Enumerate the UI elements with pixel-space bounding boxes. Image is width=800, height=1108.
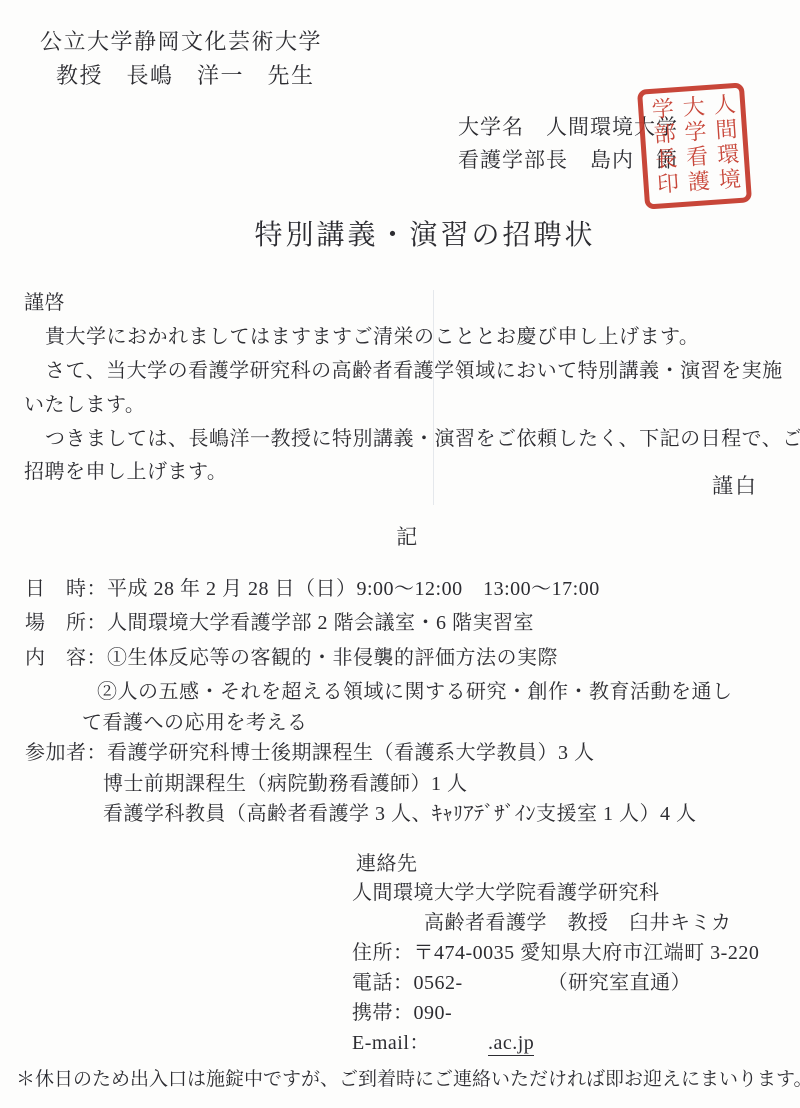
contact-heading: 連絡先 — [356, 851, 418, 877]
mobile-label: 携帯： — [352, 1002, 414, 1024]
body-closing: 謹白 — [712, 473, 758, 500]
datetime-value: 平成 28 年 2 月 28 日（日）9:00～12:00 13:00～17:0… — [107, 578, 600, 600]
scan-fold-artifact — [433, 290, 434, 505]
official-seal-stamp: 人間環境 大学看護 学部長印 — [637, 82, 752, 209]
email-label: E-mail： — [352, 1032, 430, 1054]
place-label: 場 所： — [25, 612, 107, 634]
record-heading: 記 — [0, 524, 800, 551]
place-value: 人間環境大学看護学部 2 階会議室・6 階実習室 — [107, 612, 534, 634]
contact-mobile-row: 携帯：090- — [352, 1000, 452, 1026]
recipient-person: 教授 長嶋 洋一 先生 — [56, 62, 315, 91]
content-item2-line2: て看護への応用を考える — [82, 710, 308, 736]
participants-line1: 看護学研究科博士後期課程生（看護系大学教員）3 人 — [107, 742, 595, 764]
mobile-value: 090- — [414, 1002, 453, 1024]
record-content-row: 内 容：①生体反応等の客観的・非侵襲的評価方法の実際 — [25, 645, 558, 671]
body-para3-line2: 招聘を申し上げます。 — [24, 459, 227, 485]
body-greeting: 貴大学におかれましてはますますご清栄のこととお慶び申し上げます。 — [45, 324, 699, 350]
address-value: 〒474-0035 愛知県大府市江端町 3-220 — [414, 942, 760, 964]
body-para2-line2: いたします。 — [24, 392, 145, 418]
participants-line3: 看護学科教員（高齢者看護学 3 人、ｷｬﾘｱﾃﾞｻﾞｲﾝ支援室 1 人）4 人 — [103, 801, 697, 827]
participants-label: 参加者： — [25, 742, 107, 764]
footnote: ＊休日のため出入口は施錠中ですが、ご到着時にご連絡いただければ即お迎えにまいりま… — [16, 1068, 800, 1093]
contact-phone-row: 電話：0562-（研究室直通） — [352, 970, 691, 996]
body-opening: 謹啓 — [24, 290, 65, 316]
contact-professor: 高齢者看護学 教授 臼井キミカ — [424, 910, 732, 936]
letter-title: 特別講義・演習の招聘状 — [0, 218, 800, 254]
record-participants-row: 参加者：看護学研究科博士後期課程生（看護系大学教員）3 人 — [25, 740, 595, 766]
record-place-row: 場 所：人間環境大学看護学部 2 階会議室・6 階実習室 — [25, 610, 534, 636]
record-datetime-row: 日 時：平成 28 年 2 月 28 日（日）9:00～12:00 13:00～… — [25, 576, 600, 602]
phone-value: 0562- — [414, 972, 463, 994]
participants-line2: 博士前期課程生（病院勤務看護師）1 人 — [103, 771, 468, 797]
address-label: 住所： — [352, 942, 414, 964]
contact-organization: 人間環境大学大学院看護学研究科 — [352, 880, 660, 906]
content-label: 内 容： — [25, 647, 107, 669]
content-item2-line1: ②人の五感・それを超える領域に関する研究・創作・教育活動を通し — [97, 679, 733, 705]
phone-note: （研究室直通） — [548, 972, 692, 994]
contact-address-row: 住所：〒474-0035 愛知県大府市江端町 3-220 — [352, 940, 759, 966]
body-para3-line1: つきましては、長嶋洋一教授に特別講義・演習をご依頼したく、下記の日程で、ご — [45, 426, 800, 452]
datetime-label: 日 時： — [25, 578, 107, 600]
content-item1: ①生体反応等の客観的・非侵襲的評価方法の実際 — [107, 647, 558, 669]
invitation-letter-page: 公立大学静岡文化芸術大学 教授 長嶋 洋一 先生 大学名 人間環境大学 看護学部… — [0, 0, 800, 1108]
email-value: .ac.jp — [488, 1032, 534, 1056]
phone-label: 電話： — [352, 972, 414, 994]
contact-email-row: E-mail：.ac.jp — [352, 1030, 534, 1056]
recipient-university: 公立大学静岡文化芸術大学 — [40, 28, 322, 57]
body-para2-line1: さて、当大学の看護学研究科の高齢者看護学領域において特別講義・演習を実施 — [45, 358, 783, 384]
